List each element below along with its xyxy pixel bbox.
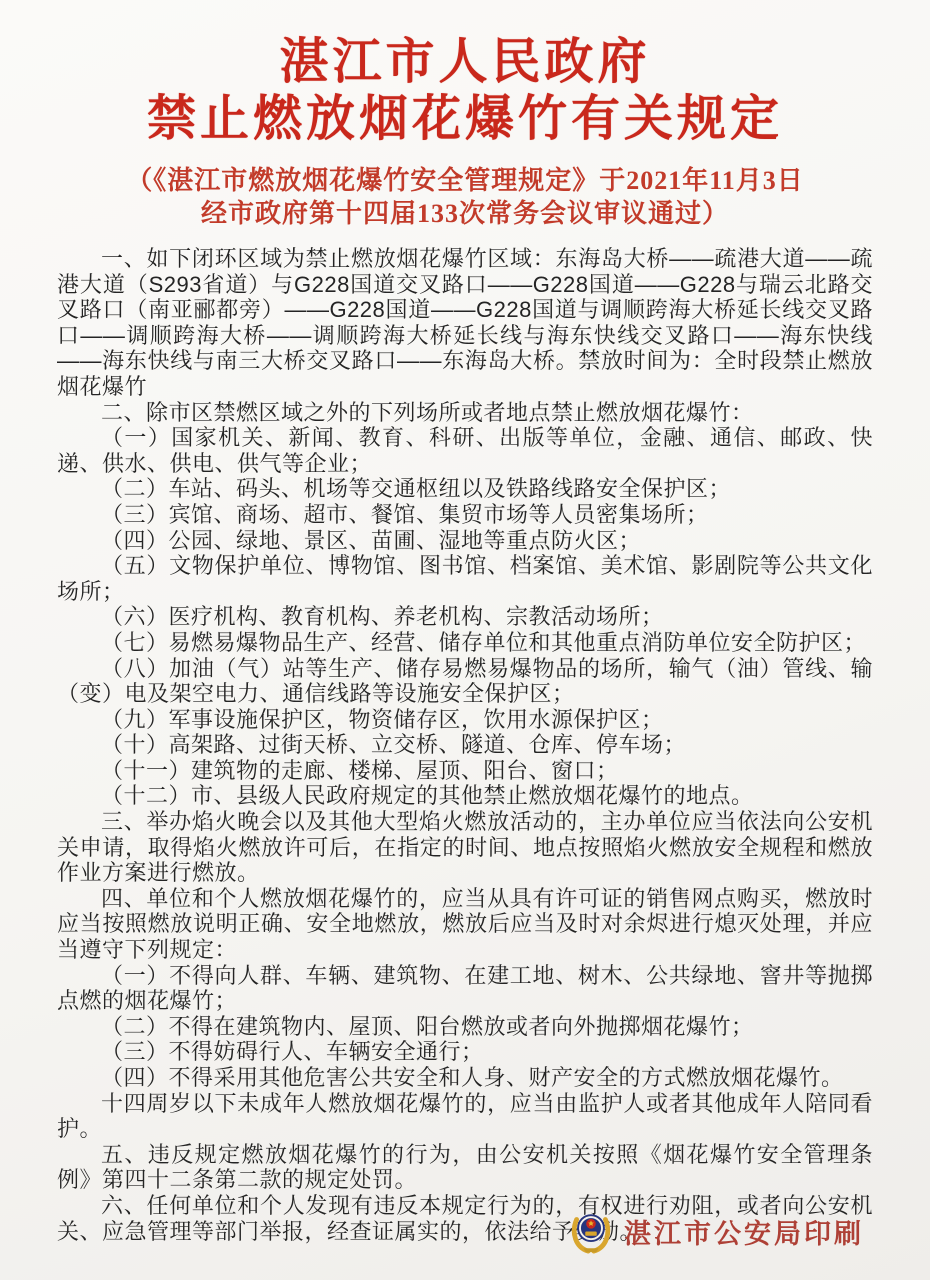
regulation-paragraph: 三、举办焰火晚会以及其他大型焰火燃放活动的，主办单位应当依法向公安机关申请，取得… [57, 809, 873, 886]
regulation-paragraph: （四）公园、绿地、景区、苗圃、湿地等重点防火区； [57, 528, 873, 554]
document-title-line1: 湛江市人民政府 [0, 34, 930, 91]
regulation-body: 一、如下闭环区域为禁止燃放烟花爆竹区域：东海岛大桥——疏港大道——疏港大道（S2… [57, 246, 873, 1244]
regulation-paragraph: 五、违反规定燃放烟花爆竹的行为，由公安机关按照《烟花爆竹安全管理条例》第四十二条… [57, 1142, 873, 1193]
document-title-line2: 禁止燃放烟花爆竹有关规定 [0, 91, 930, 148]
regulation-paragraph: 二、除市区禁燃区域之外的下列场所或者地点禁止燃放烟花爆竹： [57, 400, 873, 426]
subtitle-line2: 经市政府第十四届133次常务会议审议通过） [0, 197, 930, 230]
regulation-paragraph: 一、如下闭环区域为禁止燃放烟花爆竹区域：东海岛大桥——疏港大道——疏港大道（S2… [57, 246, 873, 400]
notice-document: 湛江市人民政府 禁止燃放烟花爆竹有关规定 （《湛江市燃放烟花爆竹安全管理规定》于… [0, 0, 930, 1280]
regulation-paragraph: （二）车站、码头、机场等交通枢纽以及铁路线路安全保护区； [57, 476, 873, 502]
regulation-paragraph: （八）加油（气）站等生产、储存易燃易爆物品的场所，输气（油）管线、输（变）电及架… [57, 656, 873, 707]
regulation-paragraph: （三）不得妨碍行人、车辆安全通行； [57, 1039, 873, 1065]
regulation-paragraph: （七）易燃易爆物品生产、经营、储存单位和其他重点消防单位安全防护区； [57, 630, 873, 656]
document-header: 湛江市人民政府 禁止燃放烟花爆竹有关规定 （《湛江市燃放烟花爆竹安全管理规定》于… [0, 0, 930, 230]
regulation-paragraph: （一）国家机关、新闻、教育、科研、出版等单位，金融、通信、邮政、快递、供水、供电… [57, 425, 873, 476]
police-badge-icon [568, 1208, 614, 1254]
regulation-paragraph: （一）不得向人群、车辆、建筑物、在建工地、树木、公共绿地、窨井等抛掷点燃的烟花爆… [57, 963, 873, 1014]
regulation-paragraph: （九）军事设施保护区，物资储存区，饮用水源保护区； [57, 707, 873, 733]
regulation-paragraph: （三）宾馆、商场、超市、餐馆、集贸市场等人员密集场所； [57, 502, 873, 528]
regulation-paragraph: （六）医疗机构、教育机构、养老机构、宗教活动场所； [57, 604, 873, 630]
document-footer: 湛江市公安局印刷 [568, 1208, 864, 1254]
document-subtitle: （《湛江市燃放烟花爆竹安全管理规定》于2021年11月3日 经市政府第十四届13… [0, 164, 930, 230]
regulation-paragraph: （四）不得采用其他危害公共安全和人身、财产安全的方式燃放烟花爆竹。 [57, 1065, 873, 1091]
regulation-paragraph: 十四周岁以下未成年人燃放烟花爆竹的，应当由监护人或者其他成年人陪同看护。 [57, 1091, 873, 1142]
regulation-paragraph: （二）不得在建筑物内、屋顶、阳台燃放或者向外抛掷烟花爆竹； [57, 1014, 873, 1040]
regulation-paragraph: 四、单位和个人燃放烟花爆竹的，应当从具有许可证的销售网点购买，燃放时应当按照燃放… [57, 886, 873, 963]
printed-by-label: 湛江市公安局印刷 [624, 1212, 864, 1251]
regulation-paragraph: （十一）建筑物的走廊、楼梯、屋顶、阳台、窗口； [57, 758, 873, 784]
subtitle-line1: （《湛江市燃放烟花爆竹安全管理规定》于2021年11月3日 [0, 164, 930, 197]
regulation-paragraph: （五）文物保护单位、博物馆、图书馆、档案馆、美术馆、影剧院等公共文化场所； [57, 553, 873, 604]
regulation-paragraph: （十二）市、县级人民政府规定的其他禁止燃放烟花爆竹的地点。 [57, 783, 873, 809]
regulation-paragraph: （十）高架路、过街天桥、立交桥、隧道、仓库、停车场； [57, 732, 873, 758]
